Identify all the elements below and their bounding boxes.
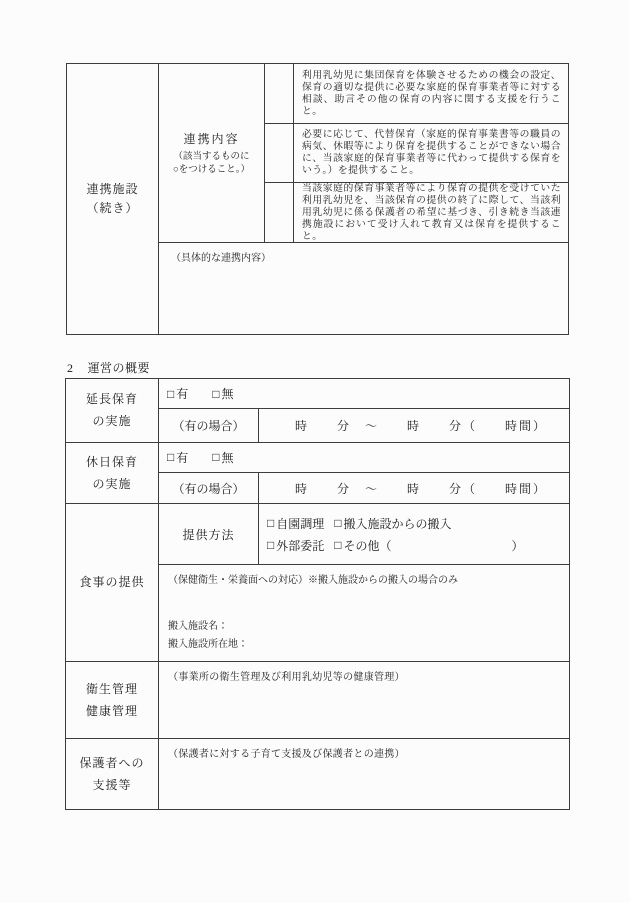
cooperation-facility-content: 連携内容 （該当するものに ○をつけること。） 利用乳幼児に集団保育を体験させる… — [159, 64, 568, 334]
meal-option-delivery-label: 搬入施設からの搬入 — [344, 515, 452, 532]
meal-option-outsourced[interactable]: □外部委託 — [267, 537, 324, 554]
meal-hygiene-note-cell[interactable]: （保健衛生・栄養面への対応）※搬入施設からの搬入の場合のみ 搬入施設名： 搬入施… — [159, 565, 569, 660]
holiday-care-checkbox-no[interactable]: □無 — [212, 449, 233, 466]
meal-option-delivery-from-facility[interactable]: □搬入施設からの搬入 — [334, 515, 451, 532]
holiday-care-label-line1: 休日保育 — [86, 451, 138, 473]
meal-option-onsite-label: 自園調理 — [276, 515, 324, 532]
meal-method-label: 提供方法 — [159, 504, 259, 564]
extended-care-yes-label: 有 — [176, 385, 188, 402]
cooperation-item-text-1: 利用乳幼児に集団保育を体験させるための機会の設定、保育の適切な提供に必要な家庭的… — [294, 64, 568, 123]
extended-care-checkbox-yes[interactable]: □有 — [167, 385, 188, 402]
checkbox-icon[interactable]: □ — [267, 517, 274, 529]
cooperation-item-row: 必要に応じて、代替保育（家庭的保育事業書等の職員の病気、休暇等により保育を提供す… — [265, 124, 568, 183]
hygiene-management-row: 衛生管理 健康管理 （事業所の衛生管理及び利用乳幼児等の健康管理） — [66, 662, 569, 740]
hygiene-note-cell[interactable]: （事業所の衛生管理及び利用乳幼児等の健康管理） — [159, 662, 569, 739]
circle-mark-cell-1[interactable] — [265, 64, 294, 123]
cooperation-facility-label-cell: 連携施設 （続き） — [67, 64, 159, 334]
checkbox-icon[interactable]: □ — [167, 451, 174, 463]
extended-care-label-line1: 延長保育 — [86, 388, 138, 410]
guardian-support-note-cell[interactable]: （保護者に対する子育て支援及び保護者との連携） — [159, 739, 569, 809]
checkbox-icon[interactable]: □ — [167, 388, 174, 400]
checkbox-icon[interactable]: □ — [267, 539, 274, 551]
cooperation-content-title: 連携内容 — [183, 130, 239, 147]
extended-care-if-yes-label: （有の場合） — [159, 409, 259, 442]
section-2-title: 運営の概要 — [88, 361, 151, 375]
holiday-care-yes-label: 有 — [176, 449, 188, 466]
specific-cooperation-content-label: （具体的な連携内容） — [171, 253, 271, 264]
holiday-care-time-field[interactable]: 時 分 ～ 時 分（ 時間） — [259, 473, 569, 504]
cooperation-facility-label-line1: 連携施設 — [86, 180, 138, 199]
cooperation-item-row: 利用乳幼児に集団保育を体験させるための機会の設定、保育の適切な提供に必要な家庭的… — [265, 64, 568, 124]
cooperation-facility-label-line2: （続き） — [86, 199, 138, 218]
cooperation-item-text-3: 当該家庭的保育事業者等により保育の提供を受けていた利用乳幼児を、当該保育の提供の… — [294, 183, 568, 242]
hygiene-note: （事業所の衛生管理及び利用乳幼児等の健康管理） — [168, 672, 405, 683]
meal-option-other[interactable]: □その他（ ） — [334, 537, 523, 554]
checkbox-icon[interactable]: □ — [334, 539, 341, 551]
holiday-care-no-label: 無 — [222, 449, 234, 466]
guardian-support-label-line2: 支援等 — [92, 774, 131, 796]
supplier-address-field[interactable]: 搬入施設所在地： — [168, 636, 561, 654]
holiday-care-if-yes-label: （有の場合） — [159, 473, 259, 504]
section-2-number: 2 — [67, 361, 74, 375]
hygiene-management-label-cell: 衛生管理 健康管理 — [66, 662, 159, 739]
circle-mark-cell-3[interactable] — [265, 183, 294, 242]
form-page: 連携施設 （続き） 連携内容 （該当するものに ○をつけること。） 利用乳幼児に… — [0, 0, 630, 903]
guardian-support-label-line1: 保護者への — [79, 752, 144, 774]
meal-label-cell: 食事の提供 — [66, 504, 159, 660]
meal-option-other-label: その他（ ） — [344, 537, 524, 554]
guardian-support-row: 保護者への 支援等 （保護者に対する子育て支援及び保護者との連携） — [66, 739, 569, 809]
extended-care-label-line2: の実施 — [92, 410, 131, 432]
cooperation-content-note-line1: （該当するものに — [173, 151, 249, 163]
supplier-name-field[interactable]: 搬入施設名： — [168, 618, 561, 636]
meal-label: 食事の提供 — [79, 571, 144, 593]
cooperation-item-row: 当該家庭的保育事業者等により保育の提供を受けていた利用乳幼児を、当該保育の提供の… — [265, 183, 568, 242]
operations-overview-table: 延長保育 の実施 □有 □無 （有の場合） 時 分 ～ 時 分（ 時間） — [65, 378, 570, 810]
extended-care-checkbox-no[interactable]: □無 — [212, 385, 233, 402]
meal-row: 食事の提供 提供方法 □自園調理 □搬入施設からの搬入 — [66, 504, 569, 661]
extended-care-label-cell: 延長保育 の実施 — [66, 379, 159, 442]
checkbox-icon[interactable]: □ — [334, 517, 341, 529]
extended-care-row: 延長保育 の実施 □有 □無 （有の場合） 時 分 ～ 時 分（ 時間） — [66, 379, 569, 443]
meal-option-onsite-cooking[interactable]: □自園調理 — [267, 515, 324, 532]
holiday-care-label-line2: の実施 — [92, 473, 131, 495]
holiday-care-checkbox-yes[interactable]: □有 — [167, 449, 188, 466]
cooperation-facility-table: 連携施設 （続き） 連携内容 （該当するものに ○をつけること。） 利用乳幼児に… — [66, 63, 569, 335]
extended-care-time-field[interactable]: 時 分 ～ 時 分（ 時間） — [259, 409, 569, 442]
hygiene-label-line2: 健康管理 — [86, 700, 138, 722]
checkbox-icon[interactable]: □ — [212, 451, 219, 463]
specific-cooperation-content-cell[interactable]: （具体的な連携内容） — [159, 243, 568, 334]
hygiene-label-line1: 衛生管理 — [86, 678, 138, 700]
holiday-care-row: 休日保育 の実施 □有 □無 （有の場合） 時 分 ～ 時 分（ 時間） — [66, 443, 569, 505]
extended-care-no-label: 無 — [222, 385, 234, 402]
circle-mark-cell-2[interactable] — [265, 124, 294, 182]
guardian-support-note: （保護者に対する子育て支援及び保護者との連携） — [168, 749, 405, 760]
cooperation-content-header-cell: 連携内容 （該当するものに ○をつけること。） — [159, 64, 265, 242]
cooperation-item-text-2: 必要に応じて、代替保育（家庭的保育事業書等の職員の病気、休暇等により保育を提供す… — [294, 124, 568, 182]
meal-hygiene-note: （保健衛生・栄養面への対応）※搬入施設からの搬入の場合のみ — [168, 571, 561, 586]
holiday-care-label-cell: 休日保育 の実施 — [66, 443, 159, 504]
guardian-support-label-cell: 保護者への 支援等 — [66, 739, 159, 809]
meal-option-outsourced-label: 外部委託 — [276, 537, 324, 554]
checkbox-icon[interactable]: □ — [212, 388, 219, 400]
section-2-heading: 2運営の概要 — [67, 359, 150, 376]
cooperation-content-note-line2: ○をつけること。） — [173, 164, 250, 176]
